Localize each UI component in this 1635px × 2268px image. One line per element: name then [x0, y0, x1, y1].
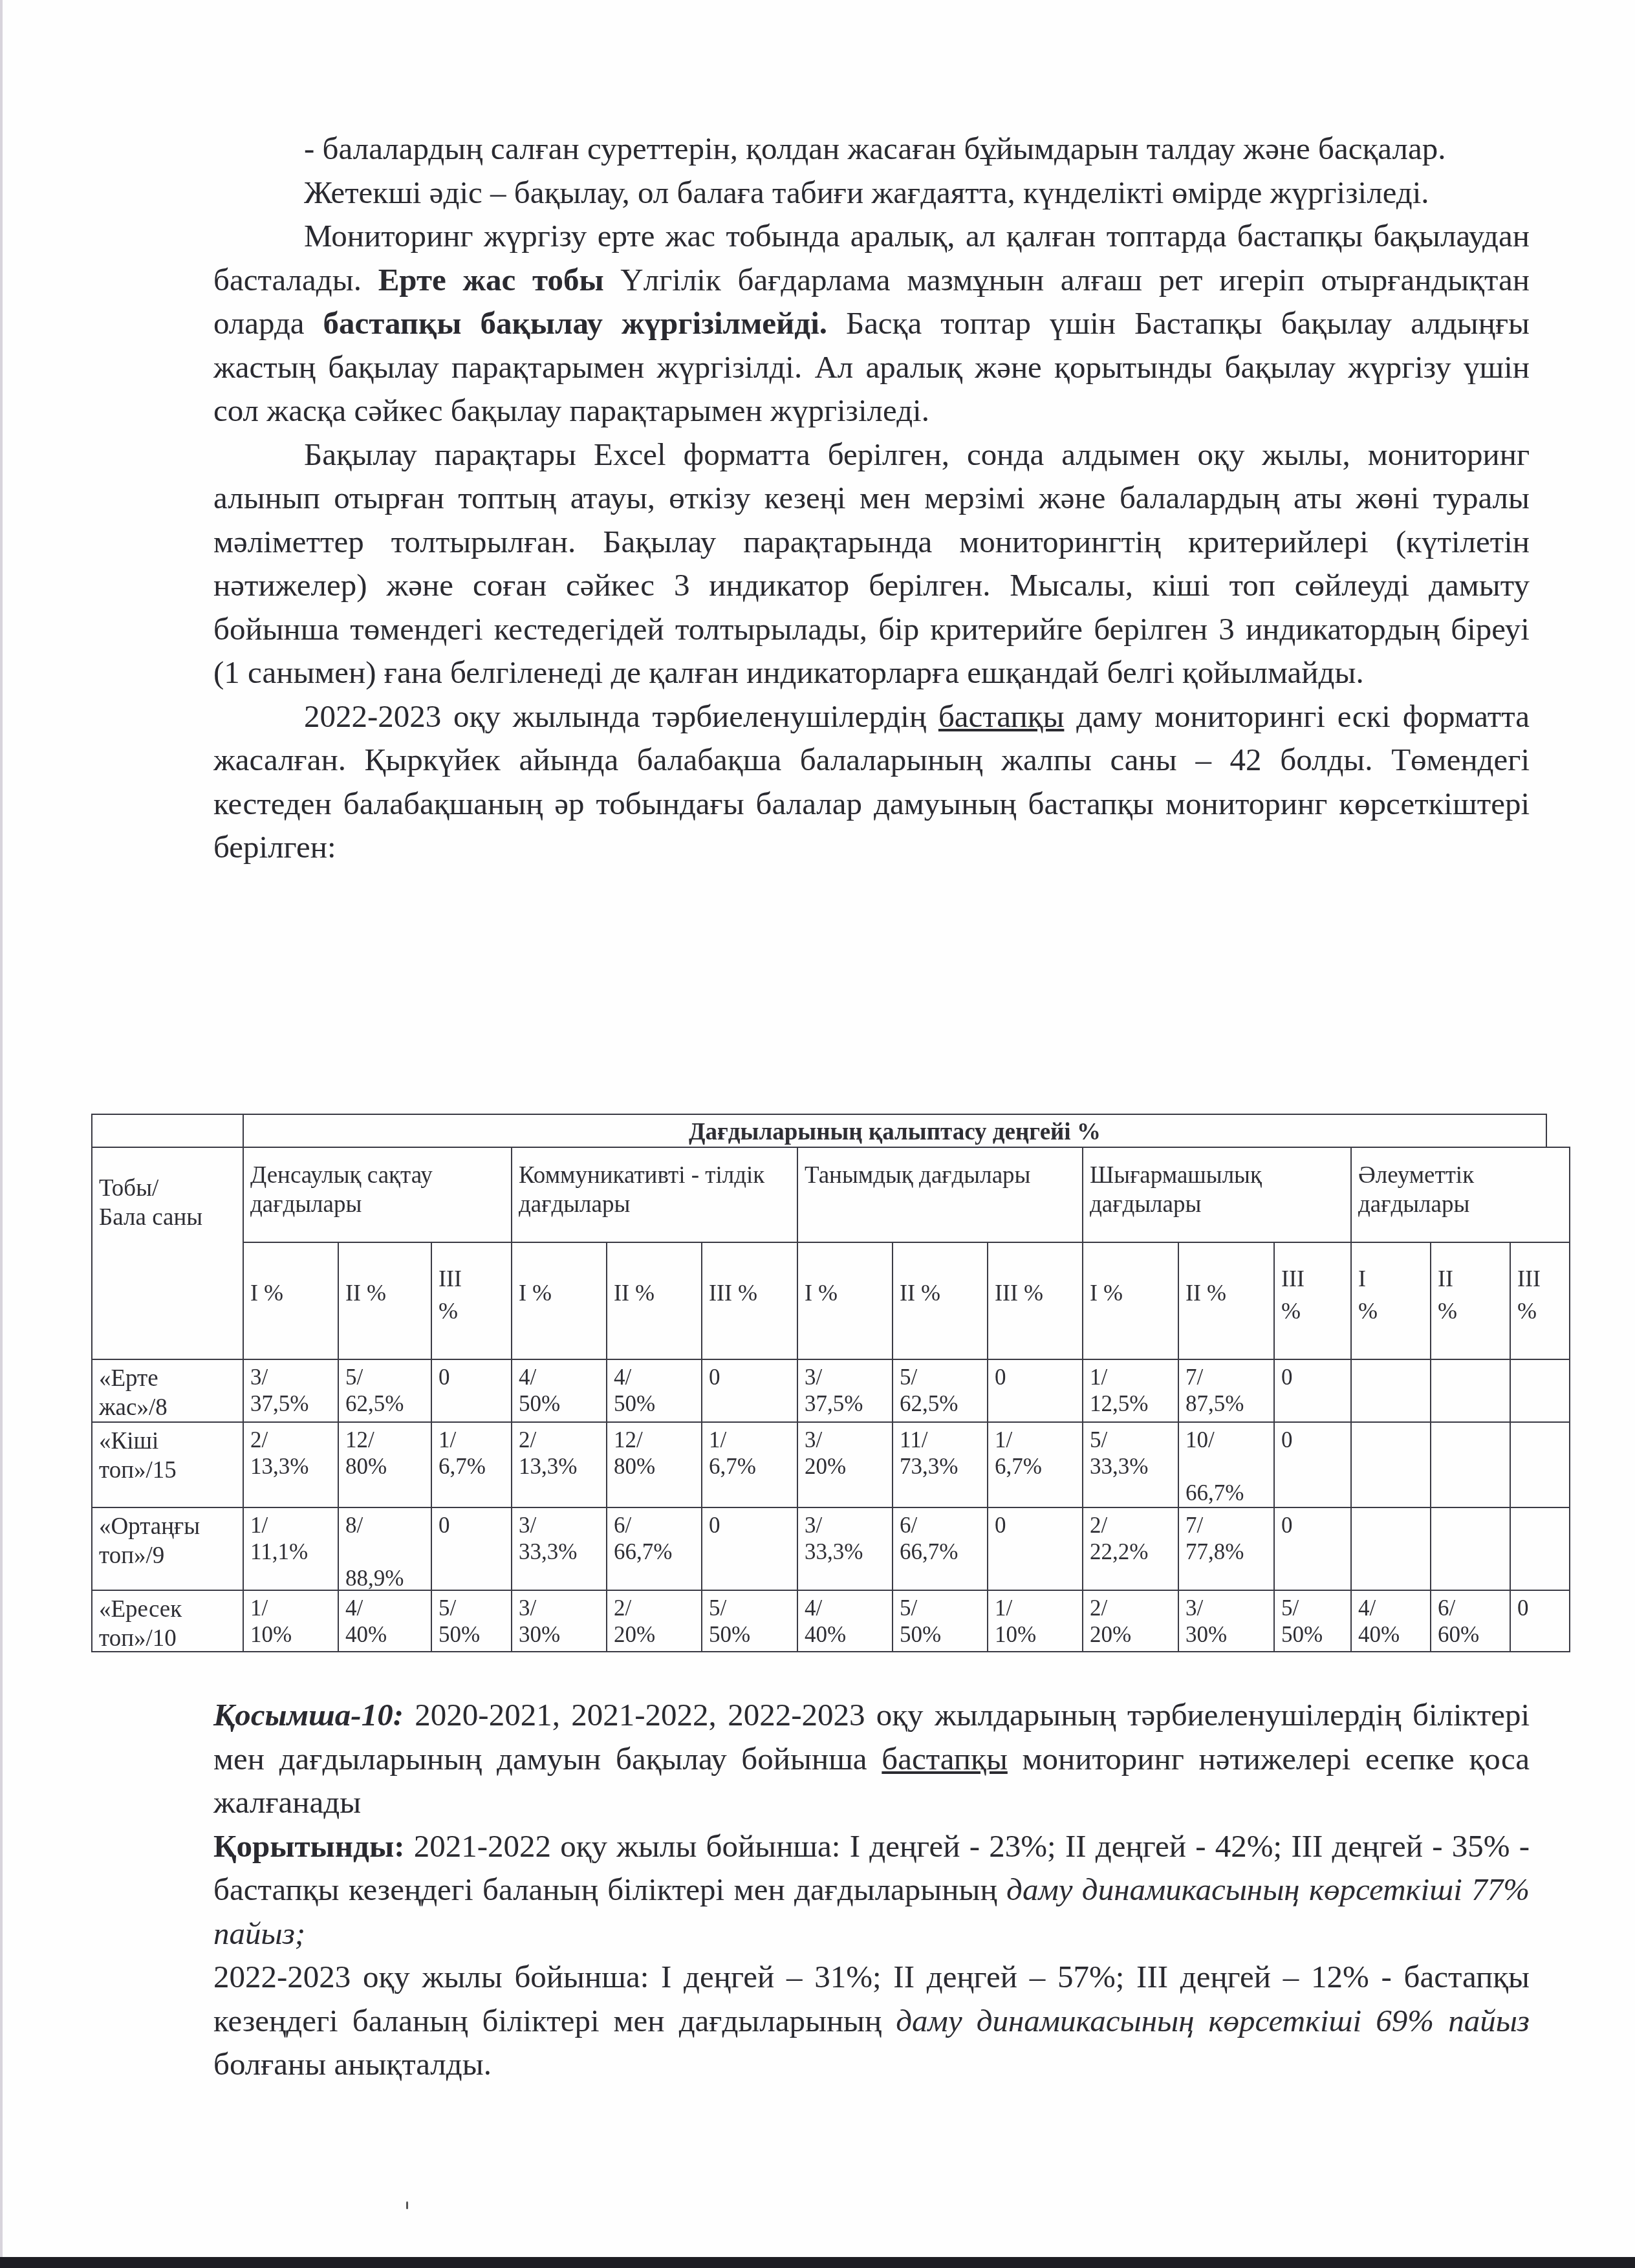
text-segment: бастапқы — [938, 698, 1065, 734]
table-cell-value — [1510, 1359, 1570, 1423]
table-cell-value: 7/ 77,8% — [1178, 1507, 1275, 1591]
table-title-skill-level: Дағдыларының қалыптасу деңгейі % — [243, 1114, 1547, 1148]
text-segment: Қосымша-10: — [213, 1697, 404, 1733]
table-header-group-count: Тобы/ Бала саны — [91, 1147, 244, 1360]
table-header-level: I % — [511, 1242, 607, 1360]
table-cell-value: 7/ 87,5% — [1178, 1359, 1275, 1423]
table-header-skill-group: Танымдық дағдылары — [797, 1147, 1083, 1243]
table-cell-value: 2/ 13,3% — [243, 1421, 339, 1508]
text-segment: бастапқы бақылау жүргізілмейді. — [323, 305, 827, 341]
text-segment: Ерте жас тобы — [378, 262, 604, 297]
table-header-skill-group: Әлеуметтік дағдылары — [1350, 1147, 1570, 1243]
table-header-level: III % — [1273, 1242, 1352, 1360]
table-cell-value: 4/ 40% — [1350, 1590, 1431, 1652]
table-cell-value: 8/ 88,9% — [338, 1507, 432, 1591]
table-cell-value: 0 — [1273, 1421, 1352, 1508]
table-cell-value: 5/ 33,3% — [1082, 1421, 1179, 1508]
paragraph-conclusion-2022-2023: 2022-2023 оқу жылы бойынша: І деңгей – 3… — [213, 1955, 1530, 2086]
table-cell-value: 0 — [987, 1359, 1083, 1423]
text-segment: болғаны анықталды. — [213, 2046, 492, 2082]
table-cell-value — [1430, 1421, 1511, 1508]
table-cell-value: 0 — [1273, 1507, 1352, 1591]
table-header-level: II % — [606, 1242, 702, 1360]
scan-page-edge — [0, 0, 3, 2268]
table-cell-value: 0 — [1273, 1359, 1352, 1423]
table-cell-value: 3/ 37,5% — [243, 1359, 339, 1423]
text-segment: - балалардың салған суреттерін, қолдан ж… — [304, 131, 1446, 166]
table-cell-value: 0 — [987, 1507, 1083, 1591]
table-header-level: I % — [243, 1242, 339, 1360]
body-text-bottom: Қосымша-10: 2020-2021, 2021-2022, 2022-2… — [213, 1693, 1530, 2086]
table-header-level: I % — [797, 1242, 893, 1360]
table-cell-value: 5/ 50% — [701, 1590, 798, 1652]
table-cell-value: 4/ 40% — [797, 1590, 893, 1652]
table-cell-value — [1350, 1507, 1431, 1591]
table-cell-value: 1/ 10% — [243, 1590, 339, 1652]
table-cell-value: 5/ 50% — [892, 1590, 988, 1652]
text-segment: Бақылау парақтары Excel форматта берілге… — [213, 437, 1530, 691]
table-cell-value: 12/ 80% — [606, 1421, 702, 1508]
table-cell-value: 4/ 40% — [338, 1590, 432, 1652]
table-corner-blank — [91, 1114, 244, 1148]
text-segment: бастапқы — [882, 1741, 1008, 1777]
table-cell-value: 3/ 20% — [797, 1421, 893, 1508]
table-cell-value — [1350, 1359, 1431, 1423]
table-cell-value: 5/ 50% — [431, 1590, 512, 1652]
table-header-level: II % — [892, 1242, 988, 1360]
table-header-level: II % — [1178, 1242, 1275, 1360]
table-header-level: III % — [431, 1242, 512, 1360]
table-cell-value: 0 — [431, 1359, 512, 1423]
paragraph-monitoring-start: Мониторинг жүргізу ерте жас тобында арал… — [213, 214, 1530, 433]
table-cell-value: 5/ 50% — [1273, 1590, 1352, 1652]
table-header-level: I % — [1350, 1242, 1431, 1360]
table-header-level: II % — [1430, 1242, 1511, 1360]
scan-bottom-edge — [0, 2257, 1635, 2268]
table-cell-value: 4/ 50% — [511, 1359, 607, 1423]
table-cell-value — [1350, 1421, 1431, 1508]
table-header-skill-group: Денсаулық сақтау дағдылары — [243, 1147, 512, 1243]
table-cell-value: 2/ 20% — [606, 1590, 702, 1652]
table-header-level: III % — [701, 1242, 798, 1360]
table-row-group-label: «Ересек топ»/10 — [91, 1590, 244, 1652]
text-segment: Қорытынды: — [213, 1828, 404, 1864]
table-cell-value: 1/ 11,1% — [243, 1507, 339, 1591]
table-cell-value: 6/ 66,7% — [892, 1507, 988, 1591]
body-text-top: - балалардың салған суреттерін, қолдан ж… — [213, 127, 1530, 869]
paragraph-leading-method: Жетекші әдіс – бақылау, ол балаға табиғи… — [213, 171, 1530, 215]
paragraph-analysis-list-item: - балалардың салған суреттерін, қолдан ж… — [213, 127, 1530, 171]
table-cell-value: 10/ 66,7% — [1178, 1421, 1275, 1508]
table-row-group-label: «Ерте жас»/8 — [91, 1359, 244, 1423]
table-cell-value: 0 — [431, 1507, 512, 1591]
paragraph-2022-2023-intro: 2022-2023 оқу жылында тәрбиеленушілердің… — [213, 695, 1530, 869]
table-cell-value: 1/ 6,7% — [987, 1421, 1083, 1508]
text-segment: Жетекші әдіс – бақылау, ол балаға табиғи… — [304, 175, 1429, 210]
table-header-level: III % — [1510, 1242, 1570, 1360]
paragraph-appendix-10: Қосымша-10: 2020-2021, 2021-2022, 2022-2… — [213, 1693, 1530, 1824]
table-cell-value: 2/ 20% — [1082, 1590, 1179, 1652]
table-header-level: II % — [338, 1242, 432, 1360]
table-cell-value: 2/ 13,3% — [511, 1421, 607, 1508]
text-segment: 2022-2023 оқу жылында тәрбиеленушілердің — [304, 698, 938, 734]
table-cell-value: 3/ 37,5% — [797, 1359, 893, 1423]
table-cell-value: 11/ 73,3% — [892, 1421, 988, 1508]
table-row-group-label: «Кіші топ»/15 — [91, 1421, 244, 1508]
paragraph-observation-sheets: Бақылау парақтары Excel форматта берілге… — [213, 433, 1530, 695]
table-cell-value: 1/ 6,7% — [431, 1421, 512, 1508]
table-cell-value: 1/ 6,7% — [701, 1421, 798, 1508]
text-segment: даму динамикасының көрсеткіші 69% пайыз — [896, 2003, 1530, 2038]
table-cell-value: 6/ 60% — [1430, 1590, 1511, 1652]
table-cell-value: 3/ 30% — [1178, 1590, 1275, 1652]
table-cell-value — [1510, 1421, 1570, 1508]
table-cell-value: 3/ 33,3% — [797, 1507, 893, 1591]
table-cell-value: 3/ 30% — [511, 1590, 607, 1652]
table-cell-value: 1/ 10% — [987, 1590, 1083, 1652]
table-cell-value: 3/ 33,3% — [511, 1507, 607, 1591]
table-header-level: I % — [1082, 1242, 1179, 1360]
table-row-group-label: «Ортаңғы топ»/9 — [91, 1507, 244, 1591]
table-cell-value: 1/ 12,5% — [1082, 1359, 1179, 1423]
paragraph-conclusion-2021-2022: Қорытынды: 2021-2022 оқу жылы бойынша: І… — [213, 1824, 1530, 1956]
table-cell-value: 0 — [701, 1359, 798, 1423]
table-cell-value: 5/ 62,5% — [892, 1359, 988, 1423]
table-header-level: III % — [987, 1242, 1083, 1360]
table-cell-value — [1430, 1507, 1511, 1591]
table-cell-value: 5/ 62,5% — [338, 1359, 432, 1423]
table-cell-value: 0 — [701, 1507, 798, 1591]
table-cell-value: 6/ 66,7% — [606, 1507, 702, 1591]
table-cell-value: 2/ 22,2% — [1082, 1507, 1179, 1591]
table-cell-value: 0 — [1510, 1590, 1570, 1652]
table-header-skill-group: Коммуникативті - тілдік дағдылары — [511, 1147, 798, 1243]
scan-speck — [406, 2201, 408, 2209]
table-cell-value — [1510, 1507, 1570, 1591]
table-cell-value — [1430, 1359, 1511, 1423]
table-cell-value: 4/ 50% — [606, 1359, 702, 1423]
table-cell-value: 12/ 80% — [338, 1421, 432, 1508]
table-header-skill-group: Шығармашылық дағдылары — [1082, 1147, 1352, 1243]
